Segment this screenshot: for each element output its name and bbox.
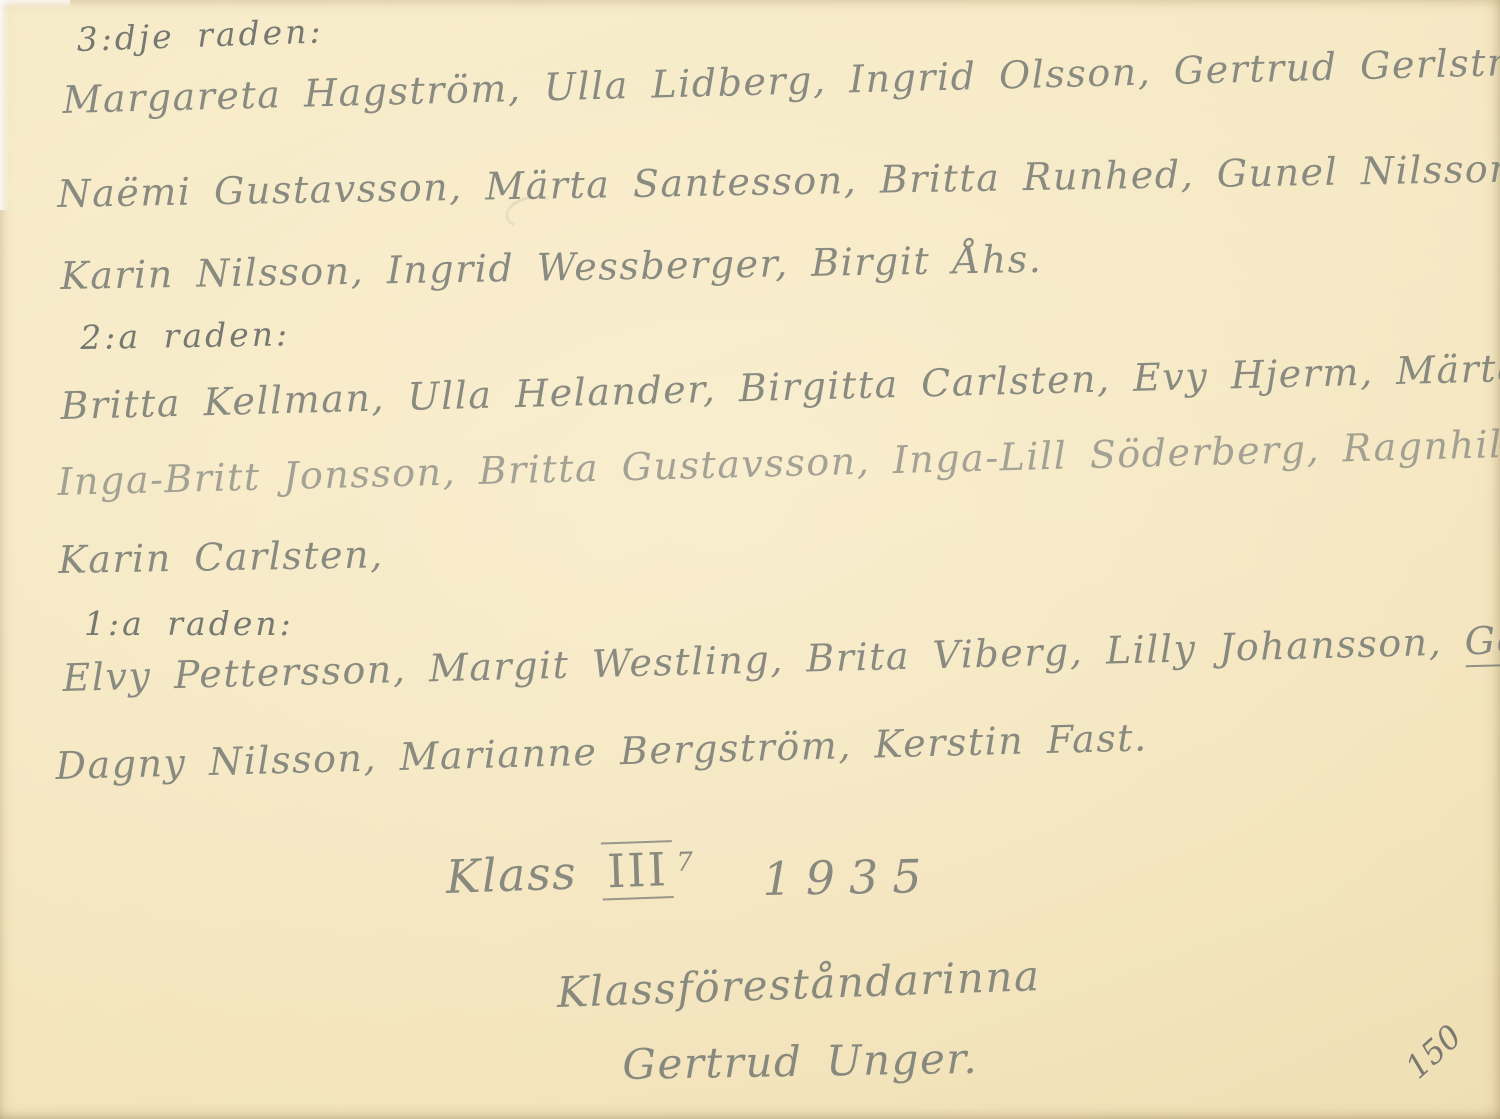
row3-names-line3: Karin Nilsson, Ingrid Wessberger, Birgit… [60, 237, 1043, 298]
class-roman-numeral: III [601, 840, 673, 900]
paper-edge-tear-top [0, 0, 70, 8]
year-text: 1935 [762, 849, 936, 906]
teacher-title: Klassföreståndarinna [556, 951, 1041, 1017]
photo-back-page: 3:dje raden: Margareta Hagström, Ulla Li… [0, 0, 1500, 1119]
row2-names-line3: Karin Carlsten, [58, 532, 384, 582]
paper-edge-tear [0, 0, 10, 210]
teacher-name-underlined: Gertrud Unger [1464, 611, 1500, 667]
row2-names-line2: Inga-Britt Jonsson, Britta Gustavsson, I… [57, 418, 1500, 504]
corner-price-mark: 150 [1398, 1017, 1469, 1086]
class-superscript: 7 [676, 847, 695, 878]
row3-names-line2: Naëmi Gustavsson, Märta Santesson, Britt… [57, 146, 1500, 216]
class-year-line: Klass III7 [445, 841, 696, 904]
row2-names-line1: Britta Kellman, Ulla Helander, Birgitta … [60, 342, 1500, 428]
row2-label: 2:a raden: [80, 314, 290, 357]
class-label: Klass [445, 845, 578, 904]
teacher-signature: Gertrud Unger. [622, 1034, 979, 1089]
row1-label: 1:a raden: [84, 604, 294, 643]
row1-names-line2: Dagny Nilsson, Marianne Bergström, Kerst… [55, 715, 1148, 788]
row3-label: 3:dje raden: [76, 11, 324, 59]
